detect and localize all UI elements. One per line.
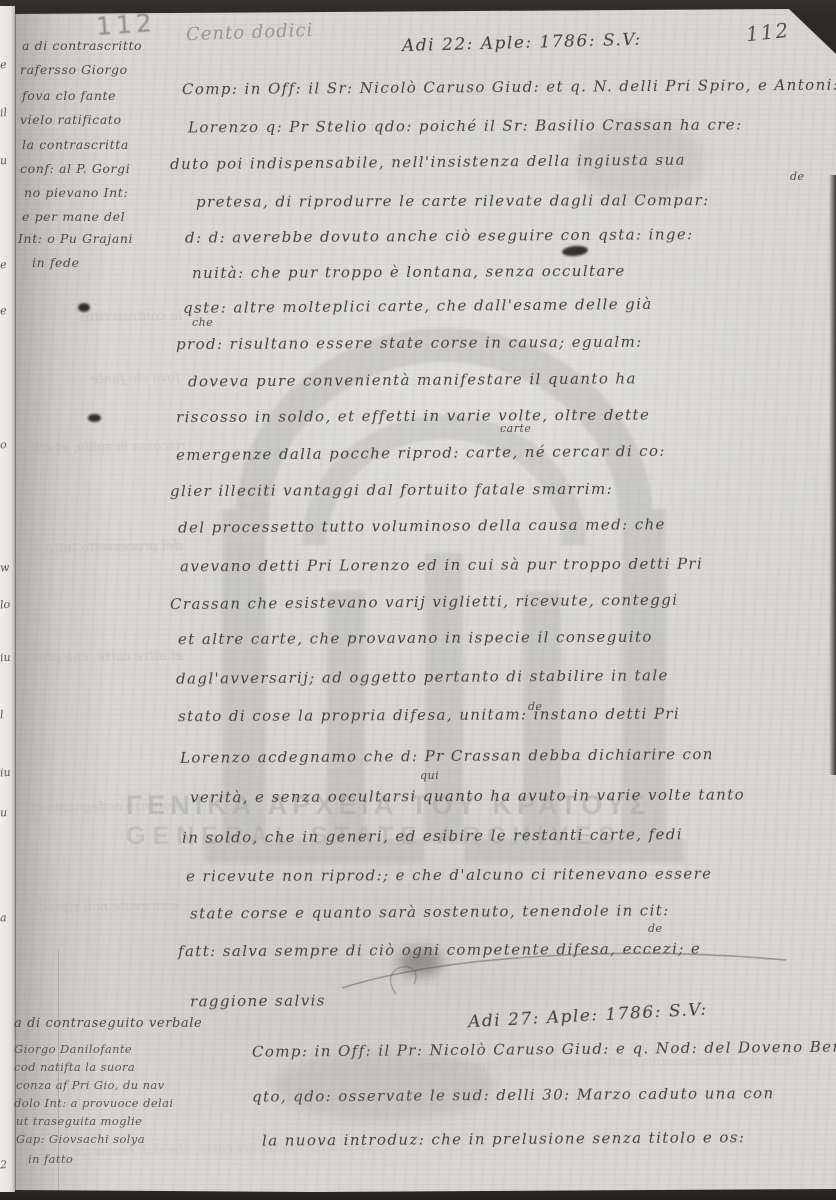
- facing-fragment: il: [0, 105, 15, 119]
- facing-fragment: e: [0, 303, 15, 317]
- facing-page-edge: e il u e e o w lo iu l iu u a 2: [0, 6, 15, 1192]
- folio-number-words: Cento dodici: [186, 20, 314, 45]
- facing-fragment: 2: [0, 1157, 15, 1171]
- margin-note-line: vielo ratificato: [20, 112, 122, 127]
- facing-fragment: iu: [0, 650, 15, 664]
- body-line: et altre carte, che provavano in ispecie…: [178, 628, 653, 648]
- body-line: Comp: in Off: il Sr: Nicolò Caruso Giud:…: [182, 76, 836, 99]
- margin-note-line: no pievano Int:: [24, 185, 128, 200]
- bleedthrough-line: la contrascritta: [32, 309, 182, 330]
- margin-note-line: Giorgo Danilofante: [14, 1042, 132, 1056]
- margin-note-line: in fede: [32, 255, 80, 270]
- bleedthrough-line: Lorenzo acdegnamo che d: Pr Crassan debb…: [30, 799, 180, 820]
- ink-blot: [88, 414, 101, 422]
- bleedthrough-line: del processetto tutto voluminoso della c…: [30, 539, 182, 560]
- margin-note-line: a di contraseguito verbale: [14, 1016, 202, 1031]
- facing-fragment: e: [0, 57, 15, 71]
- facing-fragment: u: [0, 153, 15, 167]
- right-edge-shadow: [829, 175, 836, 775]
- superscript-note: carte: [500, 422, 531, 435]
- margin-note-line: in fatto: [28, 1152, 73, 1166]
- body-line: del processetto tutto voluminoso della c…: [178, 515, 666, 536]
- facing-fragment: l: [0, 707, 15, 721]
- body-line: Crassan che esistevano varij viglietti, …: [170, 591, 679, 613]
- body-line: stato di cose la propria difesa, unitam:…: [178, 705, 680, 726]
- facing-fragment: u: [0, 805, 15, 819]
- ink-blot: [562, 245, 589, 257]
- body-line: Lorenzo acdegnamo che d: Pr Crassan debb…: [180, 745, 714, 767]
- margin-note-line: a di contrascritto: [22, 38, 142, 53]
- entry2-date-line: Adi 27: Aple: 1786: S.V:: [468, 1000, 708, 1033]
- margin-note-line: Gap: Giovsachi solya: [16, 1132, 145, 1146]
- margin-note-line: la contrascritta: [22, 137, 129, 152]
- margin-note-line: Int: o Pu Grajani: [18, 231, 133, 246]
- body-line: prod: risultano essere state corse in ca…: [176, 333, 643, 353]
- body-line: doveva pure convenientà manifestare il q…: [188, 369, 637, 390]
- facing-fragment: o: [0, 437, 15, 451]
- entry1-date-line: Adi 22: Aple: 1786: S.V:: [402, 30, 642, 56]
- superscript-note: che: [192, 316, 213, 329]
- paper-stain: [274, 1050, 494, 1120]
- body-line: d: d: averebbe dovuto anche ciò eseguire…: [185, 225, 694, 247]
- facing-fragment: a: [0, 910, 15, 924]
- margin-note-line: ut traseguita moglie: [16, 1114, 142, 1128]
- paper-stain: [574, 120, 704, 200]
- facing-fragment: w: [0, 560, 15, 574]
- manuscript-page: ΓΕΝΙΚΑ ΑΡΧΕΙΑ ΤΟΥ ΚΡΑΤΟΥΣ GENERAL STATE …: [14, 0, 836, 1200]
- bleedthrough-line: et altre carte, che provavano in ispecie…: [28, 649, 183, 670]
- superscript-note: de: [790, 170, 805, 183]
- margin-note-line: cod natifta la suora: [14, 1060, 135, 1074]
- body-line: state corse e quanto sarà sostenuto, ten…: [190, 901, 670, 922]
- facing-fragment: e: [0, 257, 15, 271]
- body-line: e ricevute non riprod:; e che d'alcuno c…: [186, 865, 713, 886]
- margin-note-line: rafersso Giorgo: [20, 62, 128, 77]
- body-line: emergenze dalla pocche riprod: carte, né…: [176, 442, 666, 464]
- facing-fragment: lo: [0, 597, 15, 611]
- body-line: avevano detti Pri Lorenzo ed in cui sà p…: [180, 555, 703, 576]
- body-line: nuità: che pur troppo è lontana, senza o…: [192, 262, 626, 282]
- body-line: raggione salvis: [190, 992, 326, 1011]
- body-line: qste: altre molteplici carte, che dall'e…: [183, 295, 653, 317]
- body-line: verità, e senza occultarsi quanto ha avu…: [190, 786, 745, 807]
- margin-note-line: dolo Int: a provuoce delai: [14, 1096, 173, 1110]
- body-line: dagl'avversarij; ad oggetto pertanto di …: [176, 666, 669, 687]
- facing-fragment: iu: [0, 765, 15, 779]
- body-line: glier illeciti vantaggi dal fortuito fat…: [170, 480, 613, 500]
- scan-background: e il u e e o w lo iu l iu u a 2: [0, 0, 836, 1200]
- superscript-note: qui: [420, 769, 439, 782]
- ink-smudge: [398, 948, 442, 976]
- superscript-note: de: [648, 922, 663, 935]
- bleedthrough-line: e ricevute non riprod:; e che d'alcuno c…: [28, 899, 178, 920]
- pencil-folio-number: 112: [95, 8, 157, 41]
- corner-folio-mark: 112: [745, 18, 791, 46]
- superscript-note: de: [528, 700, 543, 713]
- margin-note-line: fova clo fante: [22, 88, 116, 103]
- margin-note-line: conza af Pri Gio, du nav: [16, 1078, 165, 1092]
- margin-note-line: conf: al P. Gorgi: [20, 161, 130, 176]
- body-line: in soldo, che in generi, ed esibire le r…: [182, 825, 683, 846]
- bleedthrough-line: fova clo fante: [30, 371, 180, 392]
- body-line: riscosso in soldo, et effetti in varie v…: [176, 406, 650, 426]
- ink-blot: [78, 303, 90, 312]
- margin-note-line: e per mane del: [22, 209, 125, 224]
- bleedthrough-line: riscosso in soldo, et effetti in varie v…: [28, 439, 186, 460]
- body-line: la nuova introduz: che in prelusione sen…: [262, 1128, 745, 1149]
